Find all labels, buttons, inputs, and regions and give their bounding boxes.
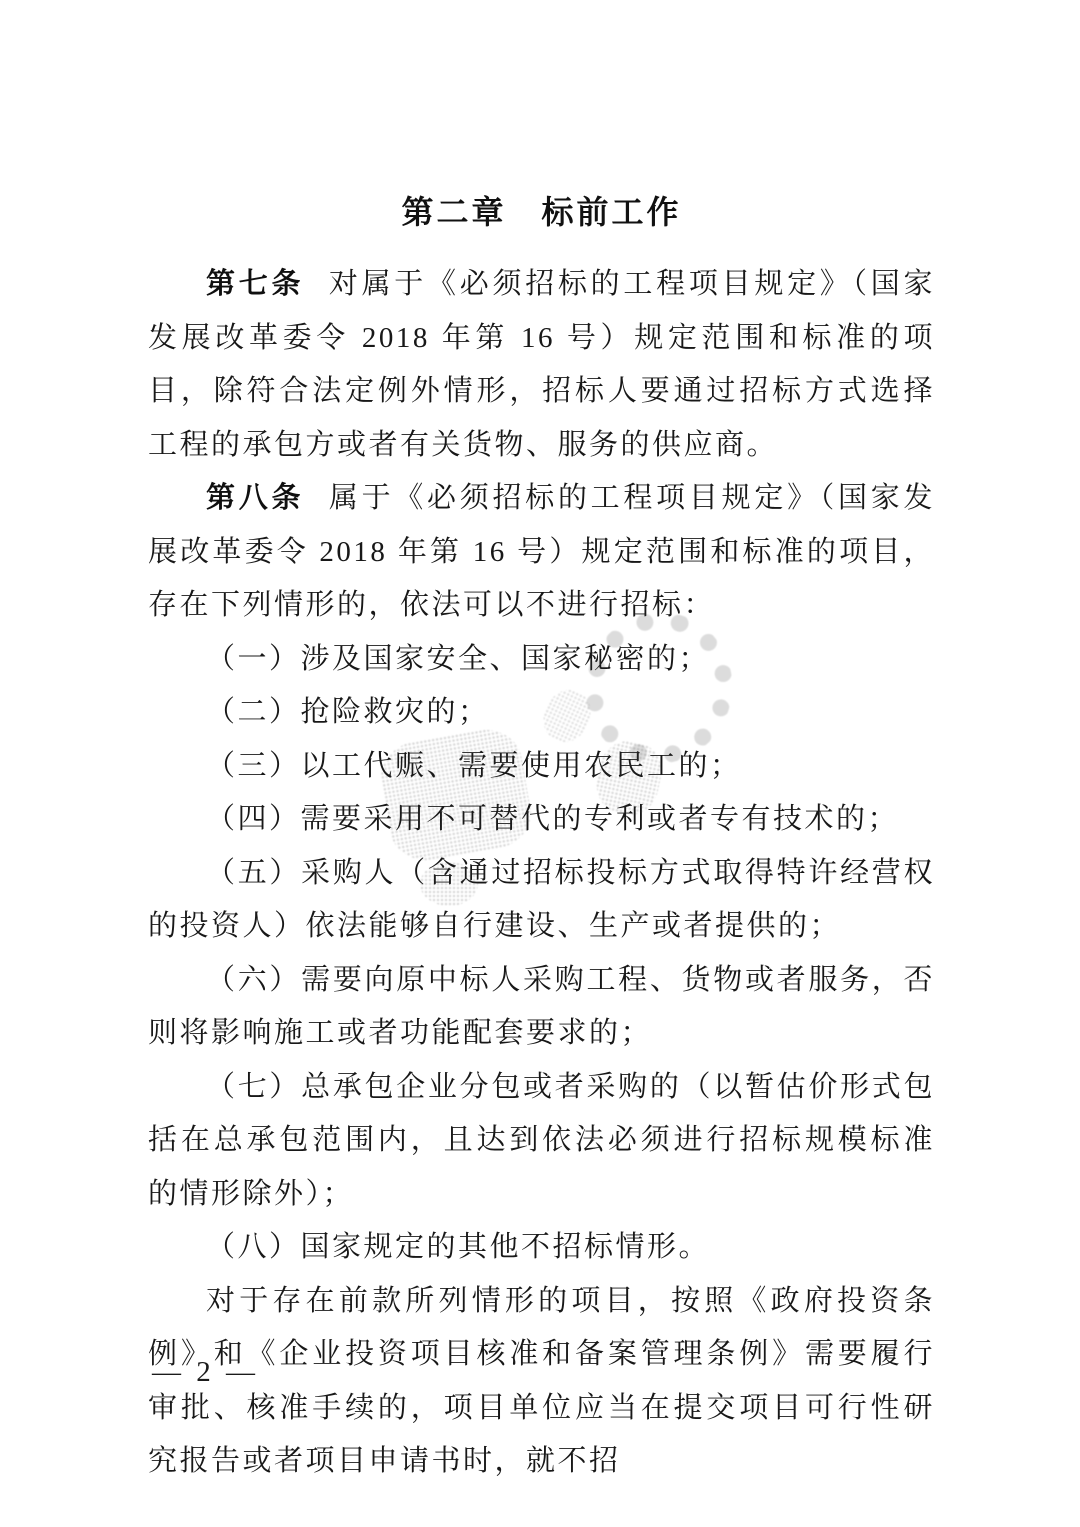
article-7-number: 第七条 [206,268,304,300]
list-item-1: （一）涉及国家安全、国家秘密的； [148,633,935,687]
list-item-2: （二）抢险救灾的； [148,686,935,740]
list-item-4: （四）需要采用不可替代的专利或者专有技术的； [148,793,935,847]
list-item-6: （六）需要向原中标人采购工程、货物或者服务，否则将影响施工或者功能配套要求的； [148,954,935,1061]
article-8-paragraph: 第八条属于《必须招标的工程项目规定》（国家发展改革委令 2018 年第 16 号… [148,472,935,633]
closing-paragraph: 对于存在前款所列情形的项目，按照《政府投资条例》和《企业投资项目核准和备案管理条… [148,1275,935,1489]
list-item-3: （三）以工代赈、需要使用农民工的； [148,740,935,794]
chapter-heading: 第二章 标前工作 [148,192,935,232]
page-number: — 2 — [152,1356,259,1389]
list-item-5: （五）采购人（含通过招标投标方式取得特许经营权的投资人）依法能够自行建设、生产或… [148,847,935,954]
article-8-number: 第八条 [206,482,304,514]
article-7-paragraph: 第七条对属于《必须招标的工程项目规定》（国家发展改革委令 2018 年第 16 … [148,258,935,472]
list-item-8: （八）国家规定的其他不招标情形。 [148,1221,935,1275]
document-page: 第二章 标前工作 第七条对属于《必须招标的工程项目规定》（国家发展改革委令 20… [0,0,1080,1527]
list-item-7: （七）总承包企业分包或者采购的（以暂估价形式包括在总承包范围内，且达到依法必须进… [148,1061,935,1222]
